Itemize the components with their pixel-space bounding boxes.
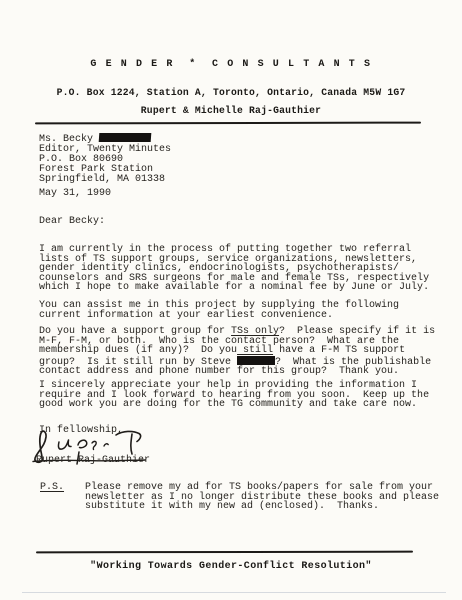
paragraph-line: current information at your earliest con… (39, 311, 399, 321)
ps-line: substitute it with my new ad (enclosed).… (85, 502, 439, 512)
recipient-city-line: Springfield, MA 01338 (39, 175, 171, 185)
letterhead-divider-rule (35, 122, 421, 125)
scanned-letter-page: G E N D E R * C O N S U L T A N T S P.O.… (0, 0, 462, 600)
paragraph-2: You can assist me in this project by sup… (39, 301, 399, 320)
paragraph-4: I sincerely appreciate your help in prov… (39, 381, 429, 410)
postscript-block: P.S. Please remove my ad for TS books/pa… (40, 483, 439, 512)
typed-signature-name: Rupert Raj-Gauthier (36, 456, 150, 466)
paragraph-line: membership dues (if any)? Do you still h… (39, 346, 435, 356)
scan-artifact-line (22, 592, 446, 593)
footer-divider-rule (36, 551, 413, 554)
footer-motto: "Working Towards Gender-Conflict Resolut… (0, 562, 462, 572)
paragraph-line: good work you are doing for the TG commu… (39, 400, 429, 410)
ps-label: P.S. (40, 483, 66, 512)
letterhead-org-name: G E N D E R * C O N S U L T A N T S (0, 60, 462, 70)
text-segment: have a F-M TS support (273, 345, 405, 356)
paragraph-1: I am currently in the process of putting… (39, 245, 429, 293)
letterhead-address: P.O. Box 1224, Station A, Toronto, Ontar… (0, 88, 462, 98)
recipient-address-block: Ms. Becky Editor, Twenty Minutes P.O. Bo… (39, 133, 171, 185)
paragraph-line: contact address and phone number for thi… (39, 367, 435, 377)
text-segment: membership dues (if any)? Do you (39, 345, 237, 356)
ps-text: Please remove my ad for TS books/papers … (85, 483, 439, 512)
letterhead-contact-names: Rupert & Michelle Raj-Gauthier (0, 106, 462, 116)
redaction-box-recipient-surname (99, 133, 152, 142)
underlined-text: still (237, 345, 273, 356)
paragraph-3: Do you have a support group for TSs only… (39, 327, 435, 377)
letter-date: May 31, 1990 (39, 189, 111, 199)
paragraph-line: which I hope to make available for a nom… (39, 283, 429, 293)
redaction-box-steve-surname (237, 356, 275, 365)
salutation: Dear Becky: (39, 217, 105, 227)
